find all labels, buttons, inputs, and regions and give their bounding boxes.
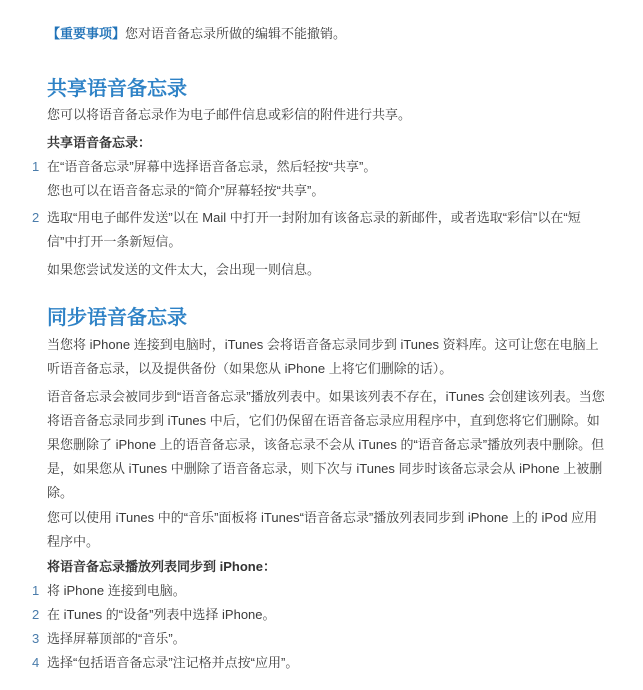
sync-paragraph-3: 您可以使用 iTunes 中的“音乐”面板将 iTunes“语音备忘录”播放列表… [47,506,610,554]
share-steps: 1 在“语音备忘录”屏幕中选择语音备忘录，然后轻按“共享”。 您也可以在语音备忘… [47,155,610,254]
sync-paragraph-1: 当您将 iPhone 连接到电脑时，iTunes 会将语音备忘录同步到 iTun… [47,333,610,381]
section-heading-share: 共享语音备忘录 [47,77,610,101]
important-note: 【重要事项】您对语音备忘录所做的编辑不能撤销。 [47,22,610,46]
sync-step-2: 2 在 iTunes 的“设备”列表中选择 iPhone。 [47,603,610,627]
share-step-2: 2 选取“用电子邮件发送”以在 Mail 中打开一封附加有该备忘录的新邮件，或者… [47,206,610,254]
step-number: 1 [32,155,47,179]
sync-step-4: 4 选择“包括语音备忘录”注记格并点按“应用”。 [47,651,610,675]
share-intro: 您可以将语音备忘录作为电子邮件信息或彩信的附件进行共享。 [47,103,610,127]
step-text: 选择“包括语音备忘录”注记格并点按“应用”。 [47,651,610,675]
step-body: 在“语音备忘录”屏幕中选择语音备忘录，然后轻按“共享”。 您也可以在语音备忘录的… [47,155,610,203]
step-body: 选择“包括语音备忘录”注记格并点按“应用”。 [47,651,610,675]
share-task-title: 共享语音备忘录： [47,131,610,155]
share-closing-note: 如果您尝试发送的文件太大，会出现一则信息。 [47,258,610,282]
manual-page: 【重要事项】您对语音备忘录所做的编辑不能撤销。 共享语音备忘录 您可以将语音备忘… [0,0,643,690]
step-number: 3 [32,627,47,651]
step-body: 将 iPhone 连接到电脑。 [47,579,610,603]
step-text: 选取“用电子邮件发送”以在 Mail 中打开一封附加有该备忘录的新邮件，或者选取… [47,206,610,254]
step-text: 在 iTunes 的“设备”列表中选择 iPhone。 [47,603,610,627]
important-note-text: 您对语音备忘录所做的编辑不能撤销。 [125,26,346,41]
step-subtext: 您也可以在语音备忘录的“简介”屏幕轻按“共享”。 [47,179,610,203]
step-body: 选择屏幕顶部的“音乐”。 [47,627,610,651]
sync-steps: 1 将 iPhone 连接到电脑。 2 在 iTunes 的“设备”列表中选择 … [47,579,610,675]
step-text: 在“语音备忘录”屏幕中选择语音备忘录，然后轻按“共享”。 [47,155,610,179]
share-step-1: 1 在“语音备忘录”屏幕中选择语音备忘录，然后轻按“共享”。 您也可以在语音备忘… [47,155,610,203]
sync-task-title: 将语音备忘录播放列表同步到 iPhone： [47,555,610,579]
step-text: 将 iPhone 连接到电脑。 [47,579,610,603]
step-text: 选择屏幕顶部的“音乐”。 [47,627,610,651]
step-body: 在 iTunes 的“设备”列表中选择 iPhone。 [47,603,610,627]
step-number: 1 [32,579,47,603]
important-note-label: 【重要事项】 [47,26,125,41]
sync-step-3: 3 选择屏幕顶部的“音乐”。 [47,627,610,651]
sync-step-1: 1 将 iPhone 连接到电脑。 [47,579,610,603]
step-number: 4 [32,651,47,675]
step-number: 2 [32,206,47,230]
step-body: 选取“用电子邮件发送”以在 Mail 中打开一封附加有该备忘录的新邮件，或者选取… [47,206,610,254]
sync-paragraph-2: 语音备忘录会被同步到“语音备忘录”播放列表中。如果该列表不存在，iTunes 会… [47,385,610,505]
step-number: 2 [32,603,47,627]
section-heading-sync: 同步语音备忘录 [47,306,610,330]
